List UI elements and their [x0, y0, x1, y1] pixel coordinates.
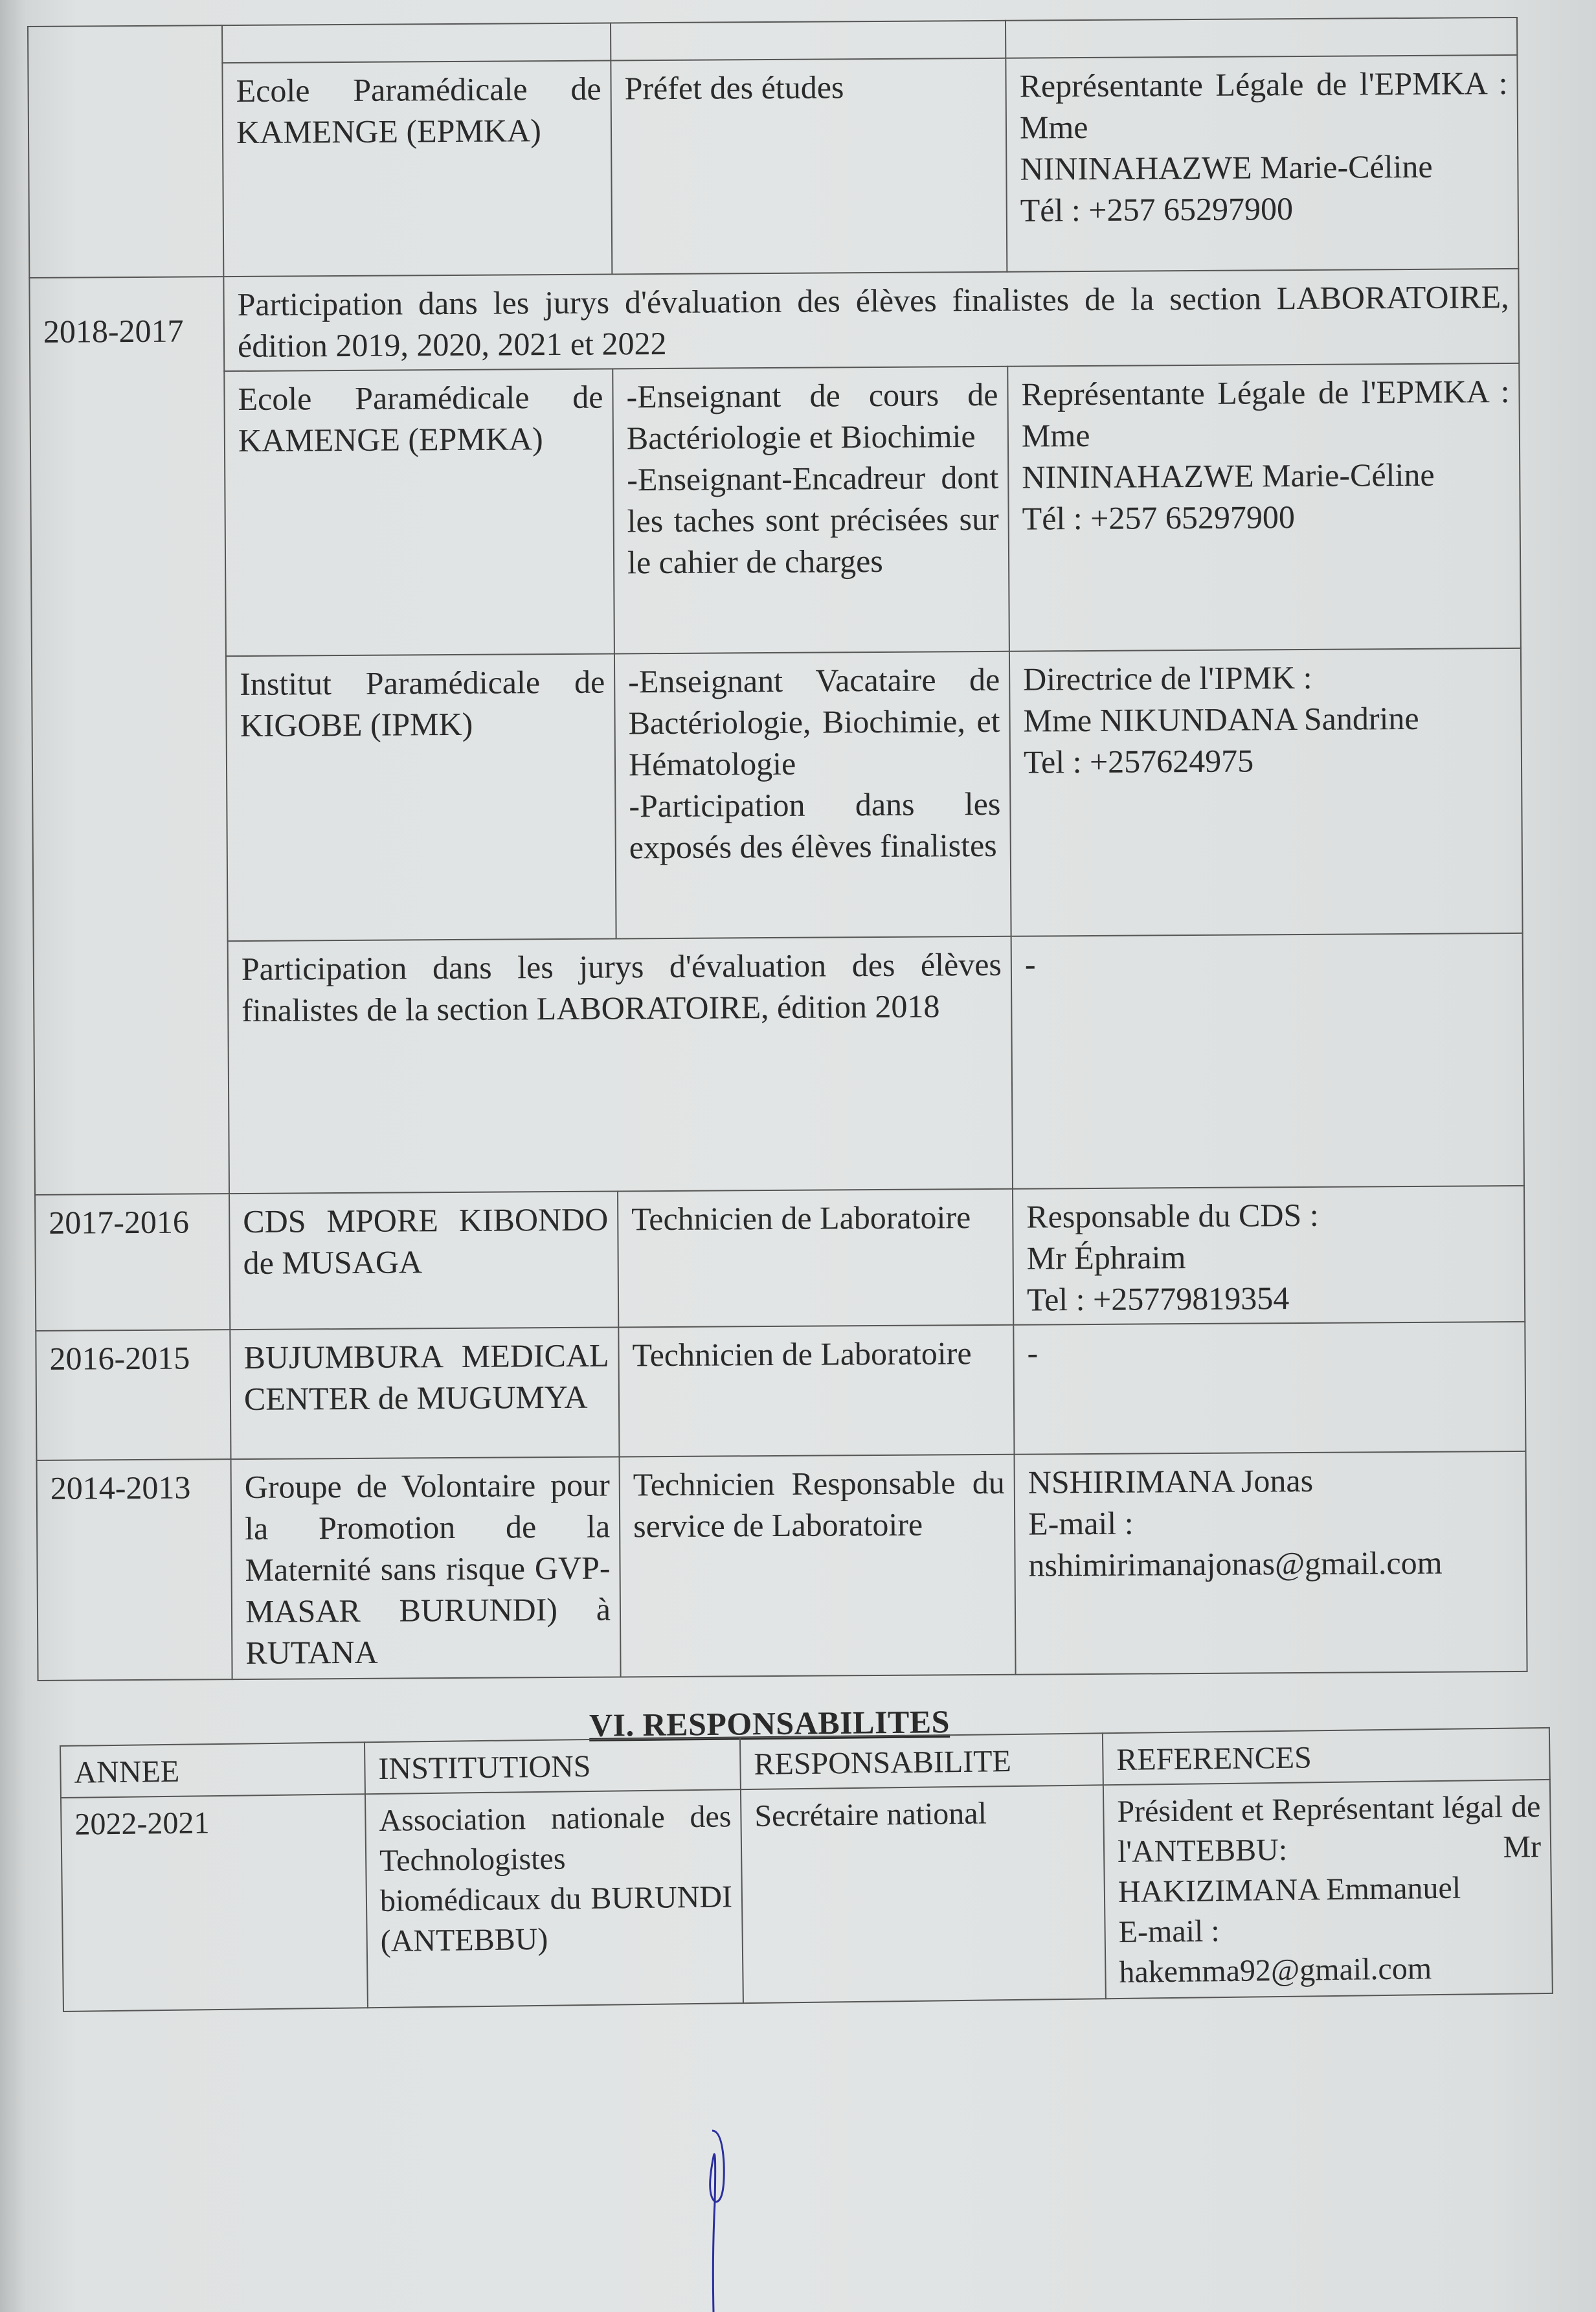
- year-cell: 2022-2021: [61, 1794, 368, 2012]
- reference-cell: Responsable du CDS : Mr Éphraim Tel : +2…: [1013, 1186, 1525, 1325]
- table-row: 2014-2013 Groupe de Volontaire pour la P…: [37, 1451, 1527, 1681]
- reference-cell: Représentante Légale de l'EPMKA : Mme NI…: [1007, 363, 1521, 652]
- table-row: 2017-2016 CDS MPORE KIBONDO de MUSAGA Te…: [35, 1186, 1525, 1331]
- table-row: 2016-2015 BUJUMBURA MEDICAL CENTER de MU…: [36, 1322, 1525, 1460]
- institution-cell: BUJUMBURA MEDICAL CENTER de MUGUMYA: [230, 1327, 619, 1459]
- table-row: Ecole Paramédicale de KAMENGE (EPMKA) -E…: [30, 363, 1521, 657]
- column-header: RESPONSABILITE: [740, 1733, 1103, 1789]
- table-row: 2022-2021 Association nationale des Tech…: [61, 1780, 1553, 2012]
- column-header: REFERENCES: [1103, 1728, 1550, 1785]
- reference-cell: -: [1013, 1322, 1525, 1455]
- table-row: Institut Paramédicale de KIGOBE (IPMK) -…: [32, 648, 1523, 942]
- jury-note-cell: Participation dans les jurys d'évaluatio…: [228, 936, 1013, 1194]
- role-cell: -Enseignant de cours de Bactériologie et…: [613, 367, 1009, 654]
- responsibilities-table: ANNEE INSTITUTIONS RESPONSABILITE REFERE…: [60, 1727, 1553, 2012]
- role-cell: Technicien de Laboratoire: [618, 1189, 1013, 1328]
- column-header: ANNEE: [60, 1742, 365, 1798]
- column-header: INSTITUTIONS: [365, 1738, 741, 1794]
- table-row: Ecole Paramédicale de KAMENGE (EPMKA) Pr…: [28, 55, 1518, 278]
- role-cell: Secrétaire national: [741, 1785, 1106, 2003]
- institution-cell: Ecole Paramédicale de KAMENGE (EPMKA): [222, 60, 612, 277]
- institution-cell: Groupe de Volontaire pour la Promotion d…: [231, 1456, 621, 1679]
- handwritten-signature: [686, 2105, 764, 2312]
- reference-cell: Directrice de l'IPMK : Mme NIKUNDANA San…: [1009, 648, 1523, 936]
- year-cell: 2017-2016: [35, 1194, 230, 1331]
- role-cell: Technicien de Laboratoire: [618, 1325, 1014, 1457]
- year-cell: [28, 25, 223, 278]
- institution-cell: Association nationale des Technologistes…: [365, 1789, 743, 2008]
- role-cell: -Enseignant Vacataire de Bactériologie, …: [614, 652, 1011, 939]
- reference-cell: -: [1011, 933, 1524, 1189]
- experience-table: Ecole Paramédicale de KAMENGE (EPMKA) Pr…: [27, 17, 1528, 1681]
- reference-cell: Représentante Légale de l'EPMKA : Mme NI…: [1006, 55, 1518, 272]
- institution-cell: CDS MPORE KIBONDO de MUSAGA: [229, 1191, 618, 1330]
- institution-cell: Ecole Paramédicale de KAMENGE (EPMKA): [224, 368, 614, 656]
- table-row: 2018-2017 Participation dans les jurys d…: [29, 269, 1519, 372]
- table-row: Participation dans les jurys d'évaluatio…: [34, 933, 1524, 1195]
- institution-cell: Institut Paramédicale de KIGOBE (IPMK): [226, 653, 616, 941]
- year-cell: 2014-2013: [37, 1459, 232, 1681]
- document-page: Ecole Paramédicale de KAMENGE (EPMKA) Pr…: [0, 0, 1596, 2312]
- year-cell: 2016-2015: [36, 1330, 230, 1460]
- role-cell: Préfet des études: [611, 58, 1007, 275]
- reference-cell: NSHIRIMANA Jonas E-mail : nshimirimanajo…: [1015, 1451, 1527, 1675]
- jury-note-cell: Participation dans les jurys d'évaluatio…: [223, 269, 1519, 371]
- reference-cell: Président et Représentant légal de l'ANT…: [1103, 1780, 1553, 1999]
- role-cell: Technicien Responsable du service de Lab…: [620, 1455, 1016, 1677]
- year-cell: 2018-2017: [29, 277, 229, 1195]
